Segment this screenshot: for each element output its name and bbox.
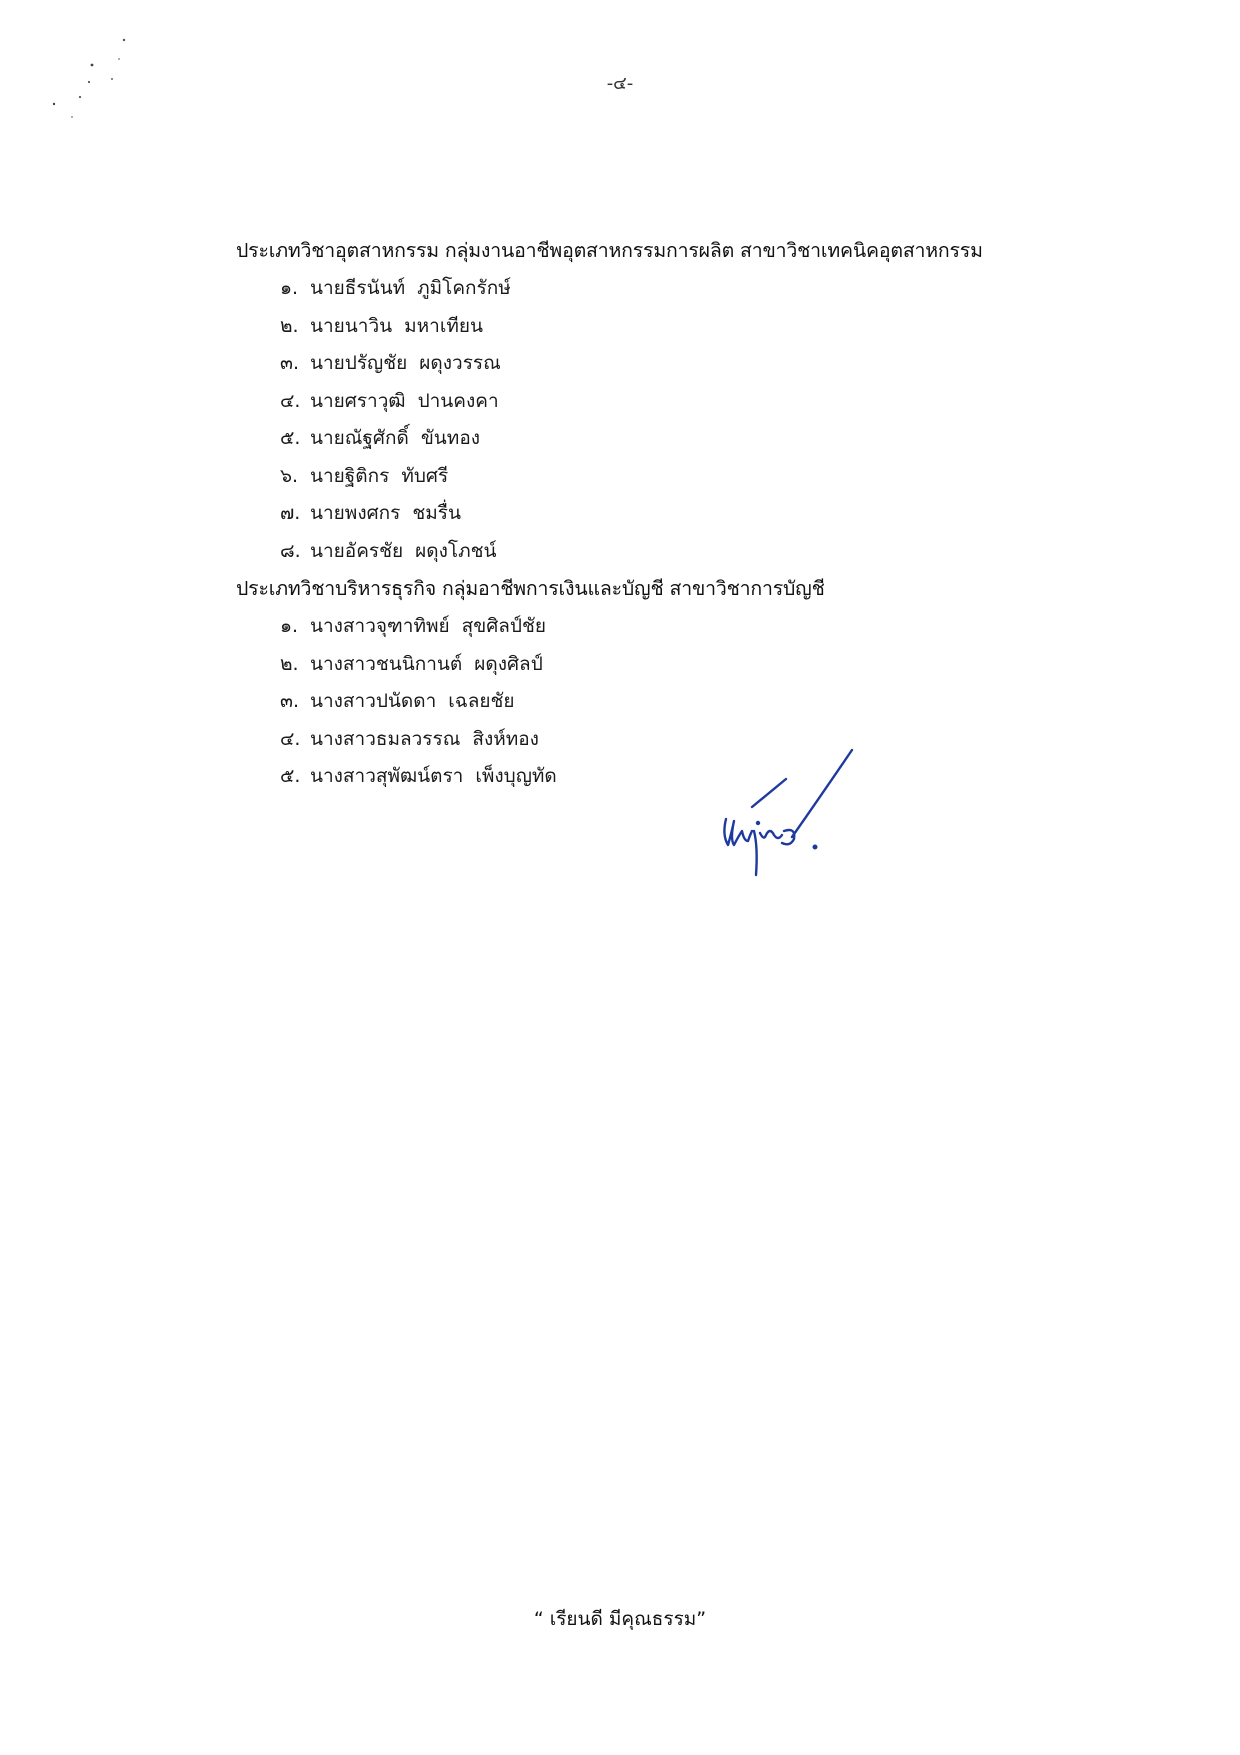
member-first-name: นายปรัญชัย	[310, 352, 407, 374]
member-first-name: นายอัครชัย	[310, 540, 403, 562]
member-last-name: ผดุงวรรณ	[419, 352, 500, 374]
section-heading-business: ประเภทวิชาบริหารธุรกิจ กลุ่มอาชีพการเงิน…	[236, 574, 825, 604]
member-first-name: นายศราวุฒิ	[310, 390, 406, 412]
member-last-name: ปานคงคา	[418, 390, 499, 412]
signature-icon	[700, 735, 860, 895]
member-last-name: ผดุงโภชน์	[415, 540, 496, 562]
member-last-name: ขันทอง	[421, 427, 480, 449]
list-item: ๒.นางสาวชนนิกานต์ผดุงศิลป์	[280, 646, 557, 684]
member-first-name: นางสาวชนนิกานต์	[310, 653, 462, 675]
list-item: ๑.นางสาวจุฑาทิพย์สุขศิลป์ชัย	[280, 608, 557, 646]
member-first-name: นายพงศกร	[310, 502, 400, 524]
member-first-name: นายนาวิน	[310, 315, 392, 337]
list-item: ๓.นายปรัญชัยผดุงวรรณ	[280, 345, 511, 383]
member-list-accounting: ๑.นางสาวจุฑาทิพย์สุขศิลป์ชัย ๒.นางสาวชนน…	[280, 608, 557, 796]
member-last-name: ภูมิโคกรักษ์	[417, 277, 511, 299]
list-item: ๑.นายธีรนันท์ภูมิโคกรักษ์	[280, 270, 511, 308]
list-item: ๔.นายศราวุฒิปานคงคา	[280, 383, 511, 421]
member-last-name: เฉลยชัย	[448, 690, 514, 712]
member-last-name: ชมรื่น	[412, 502, 461, 524]
member-last-name: สุขศิลป์ชัย	[462, 615, 546, 637]
list-item: ๒.นายนาวินมหาเทียน	[280, 308, 511, 346]
list-item: ๔.นางสาวธมลวรรณสิงห์ทอง	[280, 721, 557, 759]
footer-motto: “ เรียนดี มีคุณธรรม”	[0, 1604, 1240, 1634]
member-first-name: นายธีรนันท์	[310, 277, 405, 299]
member-first-name: นางสาวธมลวรรณ	[310, 728, 460, 750]
section-heading-industrial: ประเภทวิชาอุตสาหกรรม กลุ่มงานอาชีพอุตสาห…	[236, 236, 983, 266]
member-list-industrial: ๑.นายธีรนันท์ภูมิโคกรักษ์ ๒.นายนาวินมหาเ…	[280, 270, 511, 570]
list-item: ๓.นางสาวปนัดดาเฉลยชัย	[280, 683, 557, 721]
list-item: ๗.นายพงศกรชมรื่น	[280, 495, 511, 533]
list-item: ๖.นายฐิติกรทับศรี	[280, 458, 511, 496]
page-number: -๔-	[0, 68, 1240, 97]
list-item: ๕.นายณัฐศักดิ์ขันทอง	[280, 420, 511, 458]
member-first-name: นางสาวสุพัฒน์ตรา	[310, 765, 463, 787]
member-first-name: นายณัฐศักดิ์	[310, 427, 409, 449]
member-last-name: เพ็งบุญทัด	[475, 765, 556, 787]
member-last-name: มหาเทียน	[404, 315, 483, 337]
member-last-name: สิงห์ทอง	[472, 728, 539, 750]
list-item: ๕.นางสาวสุพัฒน์ตราเพ็งบุญทัด	[280, 758, 557, 796]
member-first-name: นางสาวจุฑาทิพย์	[310, 615, 450, 637]
member-last-name: ผดุงศิลป์	[474, 653, 543, 675]
member-first-name: นางสาวปนัดดา	[310, 690, 436, 712]
member-last-name: ทับศรี	[401, 465, 448, 487]
member-first-name: นายฐิติกร	[310, 465, 389, 487]
list-item: ๘.นายอัครชัยผดุงโภชน์	[280, 533, 511, 571]
